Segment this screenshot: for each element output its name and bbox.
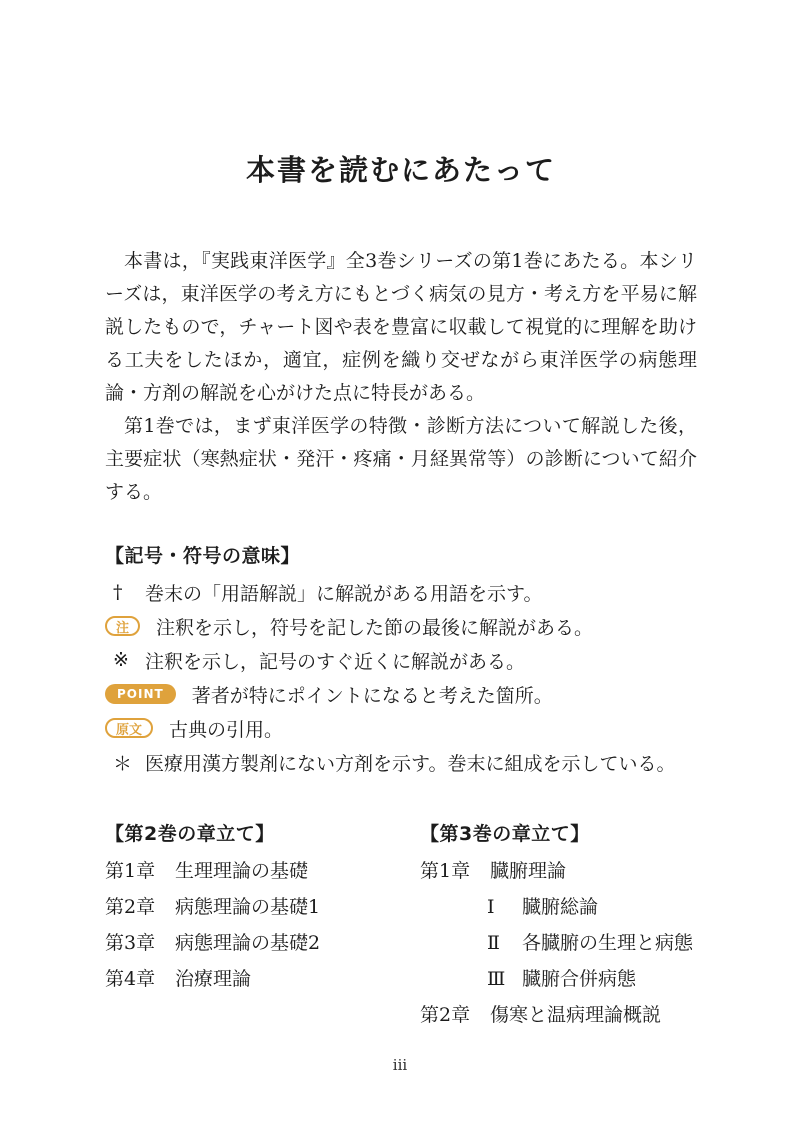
volume2-heading: 【第2巻の章立て】 [105,815,420,853]
legend-item-original-text: 原文 古典の引用。 [105,711,697,745]
section-numeral: Ⅱ [487,925,522,961]
chapter-label: 第1章 [105,853,175,889]
point-badge: POINT [105,684,176,704]
intro-paragraph-1: 本書は，『実践東洋医学』全3巻シリーズの第1巻にあたる。本シリーズは，東洋医学の… [105,245,697,410]
section-title: 臓腑合併病態 [522,961,636,997]
chapter-title: 治療理論 [175,961,251,997]
chapter-label: 第1章 [420,853,490,889]
chapter-label: 第3章 [105,925,175,961]
volume2-chapter-row: 第2章 病態理論の基礎1 [105,889,420,925]
legend-item-point: POINT 著者が特にポイントになると考えた箇所。 [105,677,697,711]
section-title: 各臓腑の生理と病態 [522,925,693,961]
legend-item-text: 医療用漢方製剤にない方剤を示す。巻末に組成を示している。 [145,749,675,776]
volume2-chapter-row: 第4章 治療理論 [105,961,420,997]
chapter-label: 第4章 [105,961,175,997]
dagger-symbol: † [105,581,145,603]
volume2-chapter-row: 第3章 病態理論の基礎2 [105,925,420,961]
chapter-title: 傷寒と温病理論概説 [490,997,661,1033]
volume-outlines: 【第2巻の章立て】 第1章 生理理論の基礎 第2章 病態理論の基礎1 第3章 病… [105,815,697,1033]
legend-item-text: 注釈を示し，記号のすぐ近くに解説がある。 [145,647,525,674]
page-title: 本書を読むにあたって [105,148,697,189]
chapter-label: 第2章 [420,997,490,1033]
legend-item-dagger: † 巻末の「用語解説」に解説がある用語を示す。 [105,575,697,609]
legend-item-asterisk: ＊ 医療用漢方製剤にない方剤を示す。巻末に組成を示している。 [105,745,697,779]
legend-item-text: 巻末の「用語解説」に解説がある用語を示す。 [145,579,542,606]
legend-item-text: 著者が特にポイントになると考えた箇所。 [192,681,553,708]
chapter-title: 臓腑理論 [490,853,566,889]
legend-item-note: 注 注釈を示し，符号を記した節の最後に解説がある。 [105,609,697,643]
page-number: iii [0,1056,800,1074]
section-title: 臓腑総論 [522,889,598,925]
volume3-heading: 【第3巻の章立て】 [420,815,697,853]
chapter-title: 病態理論の基礎1 [175,889,320,925]
legend-item-reference-mark: ※ 注釈を示し，記号のすぐ近くに解説がある。 [105,643,697,677]
reference-mark-symbol: ※ [105,649,145,671]
volume3-chapter-row: 第2章 傷寒と温病理論概説 [420,997,697,1033]
chapter-label: 第2章 [105,889,175,925]
symbol-legend-list: † 巻末の「用語解説」に解説がある用語を示す。 注 注釈を示し，符号を記した節の… [105,575,697,779]
legend-item-text: 古典の引用。 [169,715,283,742]
chapter-title: 生理理論の基礎 [175,853,308,889]
symbols-section-heading: 【記号・符号の意味】 [105,541,697,571]
legend-item-text: 注釈を示し，符号を記した節の最後に解説がある。 [156,613,593,640]
section-numeral: Ⅰ [487,889,522,925]
volume3-section-row: Ⅱ 各臓腑の生理と病態 [420,925,697,961]
note-badge: 注 [105,616,140,636]
volume3-chapter-row: 第1章 臓腑理論 [420,853,697,889]
original-text-badge: 原文 [105,718,153,738]
volume2-outline: 【第2巻の章立て】 第1章 生理理論の基礎 第2章 病態理論の基礎1 第3章 病… [105,815,420,1033]
volume2-chapter-row: 第1章 生理理論の基礎 [105,853,420,889]
volume3-outline: 【第3巻の章立て】 第1章 臓腑理論 Ⅰ 臓腑総論 Ⅱ 各臓腑の生理と病態 Ⅲ … [420,815,697,1033]
section-numeral: Ⅲ [487,961,522,997]
document-page: 本書を読むにあたって 本書は，『実践東洋医学』全3巻シリーズの第1巻にあたる。本… [0,0,800,1135]
volume3-section-row: Ⅲ 臓腑合併病態 [420,961,697,997]
chapter-title: 病態理論の基礎2 [175,925,320,961]
intro-paragraph-2: 第1巻では，まず東洋医学の特徴・診断方法について解説した後，主要症状（寒熱症状・… [105,410,697,509]
volume3-section-row: Ⅰ 臓腑総論 [420,889,697,925]
asterisk-symbol: ＊ [105,749,145,776]
